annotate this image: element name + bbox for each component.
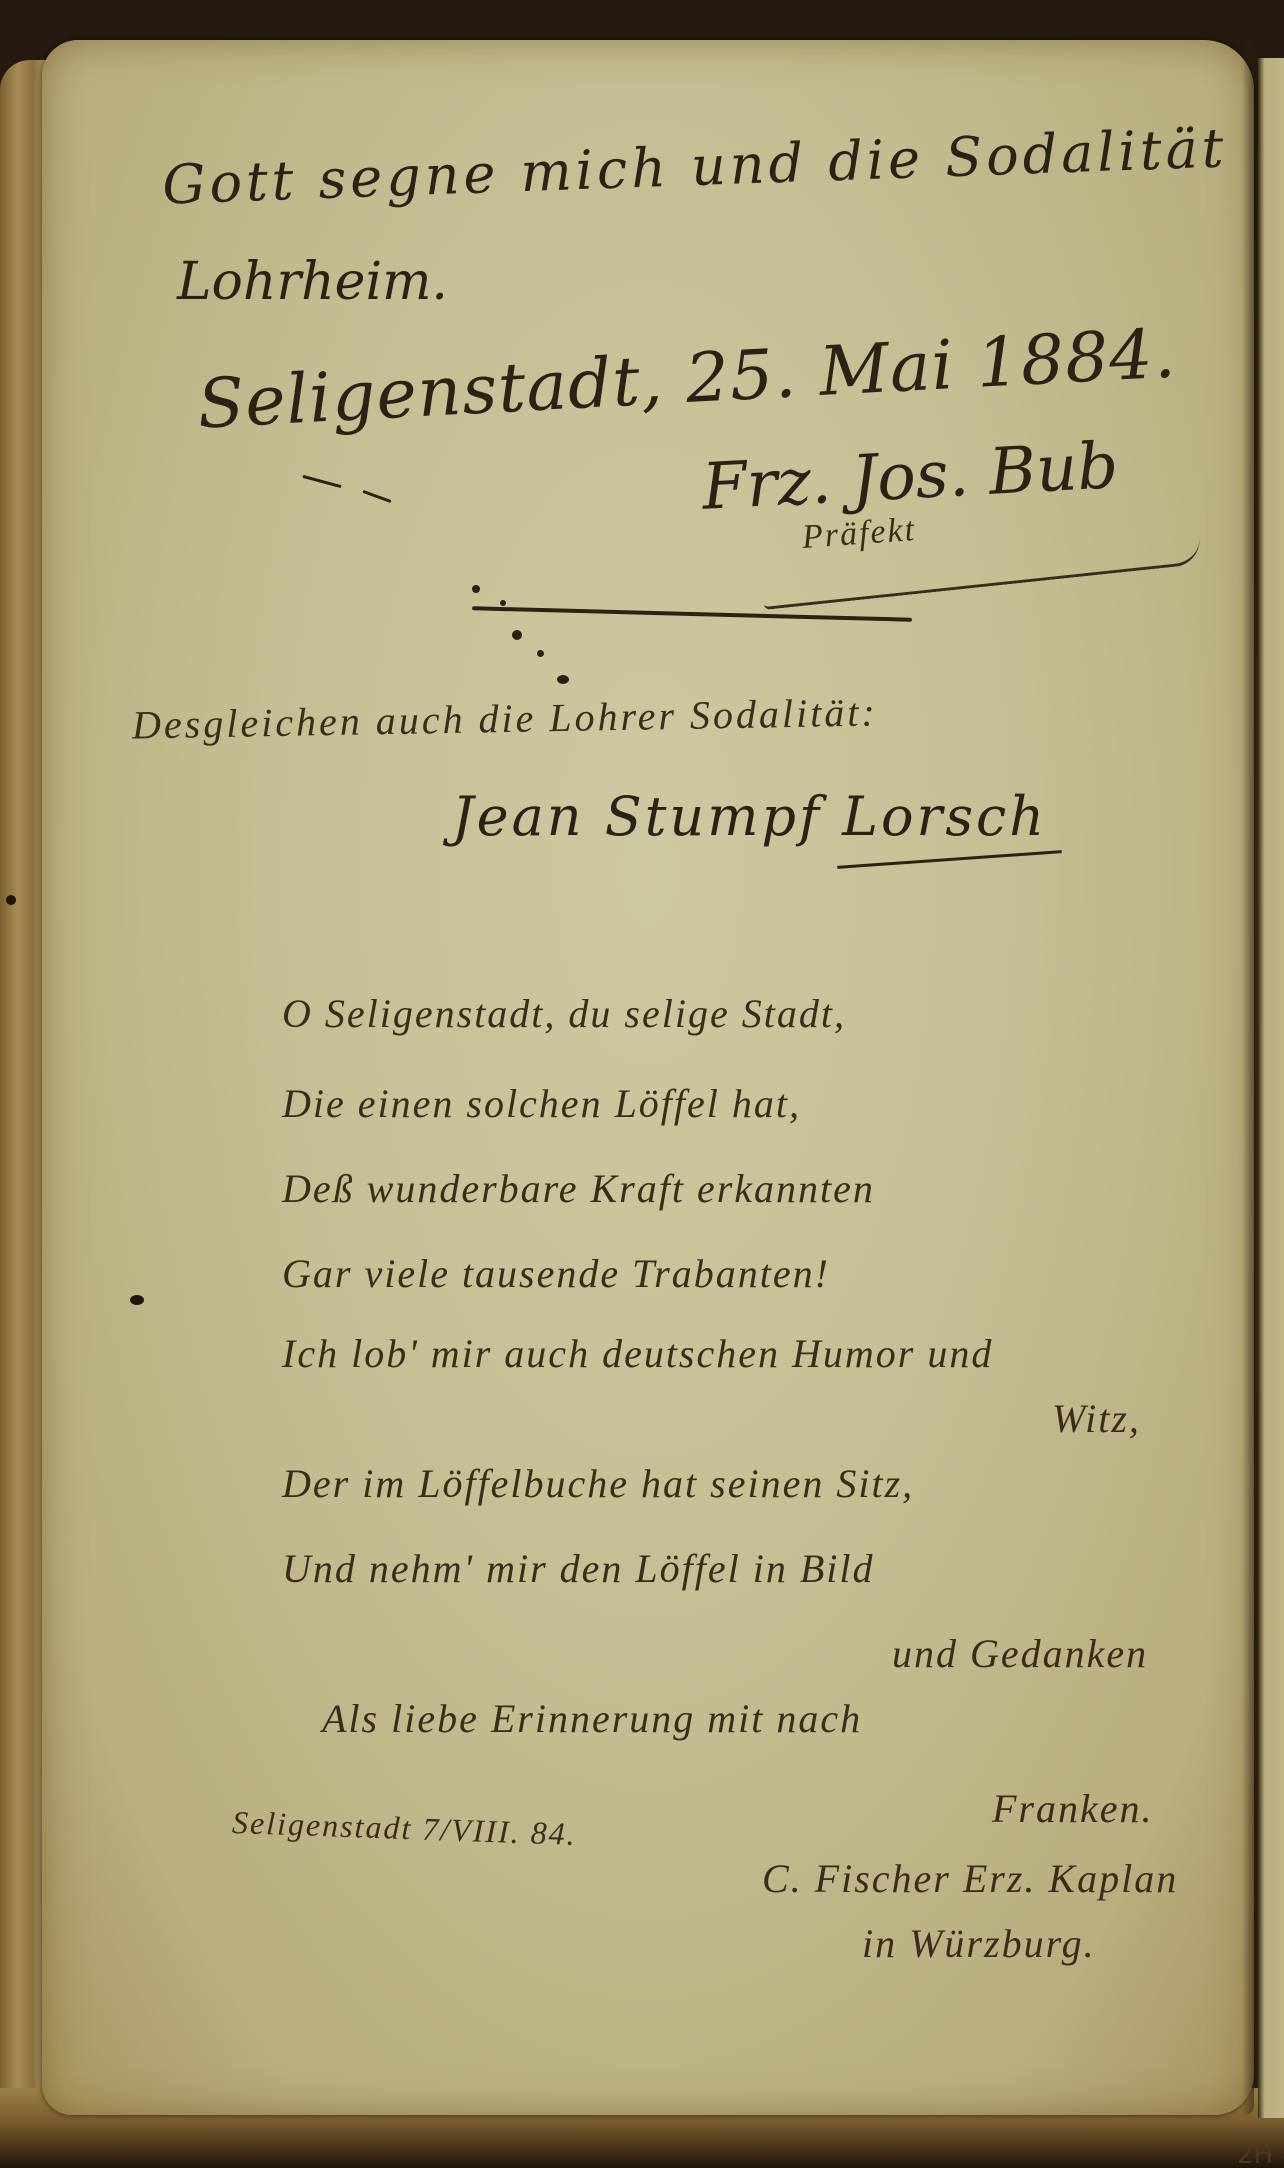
entry-1-signature-title: Präfekt [801, 511, 917, 557]
next-page-edge [1258, 58, 1284, 2118]
poem-line-6: Der im Löffelbuche hat seinen Sitz, [282, 1460, 914, 1507]
poem-line-1: O Seligenstadt, du selige Stadt, [282, 990, 846, 1037]
ink-stroke [302, 475, 341, 488]
page-number: 2H [1237, 2140, 1273, 2168]
poem-line-5-continuation: Witz, [1052, 1395, 1141, 1442]
entry-3-signature-line-2: in Würzburg. [862, 1920, 1096, 1967]
ink-splatter [512, 630, 522, 640]
ink-stroke [362, 490, 391, 503]
entry-1-line-2: Lohrheim. [177, 252, 448, 312]
entry-2-underline [837, 850, 1062, 869]
entry-1-underline [472, 606, 912, 622]
ink-splatter [557, 675, 569, 684]
margin-ink-mark [6, 895, 16, 905]
entry-2-line-1: Desgleichen auch die Lohrer Sodalität: [132, 688, 878, 748]
poem-line-8-continuation: Franken. [992, 1785, 1154, 1832]
poem-line-7: Und nehm' mir den Löffel in Bild [282, 1545, 875, 1592]
entry-1-line-1: Gott segne mich und die Sodalität [161, 116, 1228, 216]
poem-line-3: Deß wunderbare Kraft erkannten [282, 1165, 875, 1212]
ink-splatter [500, 600, 506, 606]
poem-line-8: Als liebe Erinnerung mit nach [322, 1695, 862, 1742]
entry-2-signature: Jean Stumpf Lorsch [452, 785, 1047, 848]
entry-1-dateline: Seligenstadt, 25. Mai 1884. [196, 314, 1178, 444]
poem-line-2: Die einen solchen Löffel hat, [282, 1080, 801, 1127]
poem-line-4: Gar viele tausende Trabanten! [282, 1250, 830, 1297]
margin-ink-mark [130, 1295, 144, 1305]
entry-3-signature-line-1: C. Fischer Erz. Kaplan [762, 1855, 1178, 1902]
entry-3-place-date: Seligenstadt 7/VIII. 84. [231, 1804, 577, 1853]
poem-line-5: Ich lob' mir auch deutschen Humor und [282, 1330, 993, 1377]
ink-splatter [537, 650, 544, 657]
poem-line-7-continuation: und Gedanken [892, 1630, 1148, 1677]
manuscript-page: Gott segne mich und die Sodalität Lohrhe… [42, 40, 1254, 2115]
ink-splatter [472, 585, 480, 593]
